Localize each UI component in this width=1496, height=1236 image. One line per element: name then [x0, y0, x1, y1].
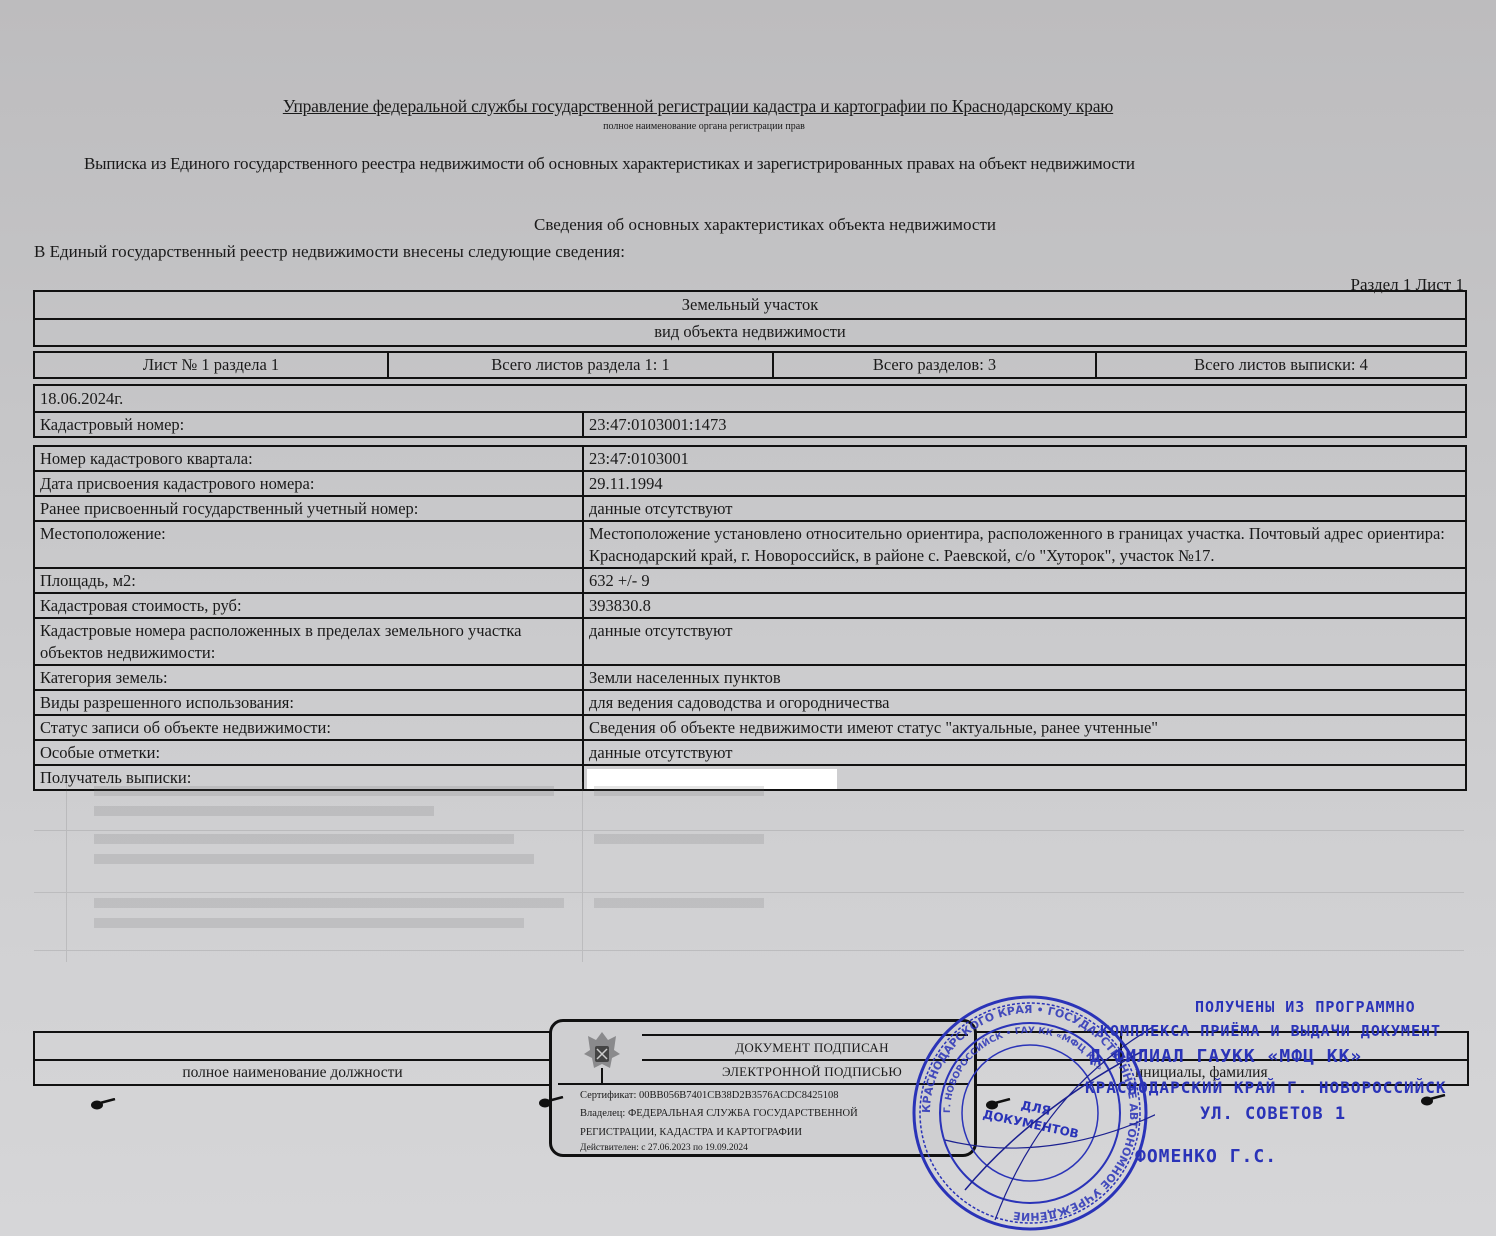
row-label: Виды разрешенного использования:	[35, 691, 584, 714]
section-title: Сведения об основных характеристиках объ…	[0, 215, 1496, 235]
row-label: Кадастровые номера расположенных в преде…	[35, 619, 584, 664]
row-value: данные отсутствуют	[584, 497, 1465, 520]
row-value: данные отсутствуют	[584, 741, 1465, 764]
sheet-counts-row: Лист № 1 раздела 1 Всего листов раздела …	[33, 351, 1467, 379]
table-row: Кадастровые номера расположенных в преде…	[35, 619, 1465, 666]
table-row: Категория земель: Земли населенных пункт…	[35, 666, 1465, 691]
table-row: Виды разрешенного использования: для вед…	[35, 691, 1465, 716]
table-row: Площадь, м2: 632 +/- 9	[35, 569, 1465, 594]
punch-mark-icon	[538, 1096, 564, 1108]
certificate-validity: Действителен: с 27.06.2023 по 19.09.2024	[580, 1143, 748, 1153]
table-row: Номер кадастрового квартала: 23:47:01030…	[35, 447, 1465, 472]
row-value: 29.11.1994	[584, 472, 1465, 495]
document-title: Выписка из Единого государственного реес…	[84, 154, 1135, 174]
row-label: Номер кадастрового квартала:	[35, 447, 584, 470]
cadastral-number-row: Кадастровый номер: 23:47:0103001:1473	[35, 413, 1465, 437]
row-label: Категория земель:	[35, 666, 584, 689]
row-value: Земли населенных пунктов	[584, 666, 1465, 689]
stamp-line-2: КОМПЛЕКСА ПРИЁМА И ВЫДАЧИ ДОКУМЕНТ	[1100, 1022, 1441, 1040]
intro-text: В Единый государственный реестр недвижим…	[34, 242, 625, 262]
table-row: Дата присвоения кадастрового номера: 29.…	[35, 472, 1465, 497]
position-caption: полное наименование должности	[35, 1061, 550, 1085]
row-value: 23:47:0103001	[584, 447, 1465, 470]
bleed-through-reverse-side	[34, 782, 1464, 962]
date-cadastral-box: 18.06.2024г. Кадастровый номер: 23:47:01…	[33, 384, 1467, 438]
stamp-line-3: Д ФИЛИАЛ ГАУКК «МФЦ КК»	[1090, 1046, 1362, 1067]
table-row: Статус записи об объекте недвижимости: С…	[35, 716, 1465, 741]
object-type-caption: вид объекта недвижимости	[35, 320, 1465, 344]
total-section-sheets: Всего листов раздела 1: 1	[389, 353, 774, 377]
extract-date: 18.06.2024г.	[35, 386, 1465, 413]
row-label: Местоположение:	[35, 522, 584, 567]
registration-authority-name: Управление федеральной службы государств…	[0, 96, 1396, 117]
punch-mark-icon	[90, 1098, 116, 1110]
total-extract-sheets: Всего листов выписки: 4	[1097, 353, 1465, 377]
object-type: Земельный участок	[35, 292, 1465, 320]
cadastral-number-label: Кадастровый номер:	[35, 413, 584, 437]
certificate-number: Сертификат: 00BB056B7401CB38D2B3576ACDC8…	[580, 1090, 839, 1101]
certificate-owner-line1: Владелец: ФЕДЕРАЛЬНАЯ СЛУЖБА ГОСУДАРСТВЕ…	[580, 1108, 858, 1119]
row-label: Статус записи об объекте недвижимости:	[35, 716, 584, 739]
cadastral-number-value: 23:47:0103001:1473	[584, 413, 1465, 437]
row-label: Площадь, м2:	[35, 569, 584, 592]
total-sections: Всего разделов: 3	[774, 353, 1097, 377]
registration-authority-caption: полное наименование органа регистрации п…	[0, 121, 1408, 132]
table-row: Кадастровая стоимость, руб: 393830.8	[35, 594, 1465, 619]
row-value: 393830.8	[584, 594, 1465, 617]
row-value: для ведения садоводства и огородничества	[584, 691, 1465, 714]
object-type-box: Земельный участок вид объекта недвижимос…	[33, 290, 1467, 347]
sheet-number: Лист № 1 раздела 1	[35, 353, 389, 377]
table-row: Ранее присвоенный государственный учетны…	[35, 497, 1465, 522]
stamp-line-1: ПОЛУЧЕНЫ ИЗ ПРОГРАММНО	[1195, 998, 1416, 1016]
row-label: Кадастровая стоимость, руб:	[35, 594, 584, 617]
table-row: Местоположение: Местоположение установле…	[35, 522, 1465, 569]
stamp-line-4: КРАСНОДАРСКИЙ КРАЙ Г. НОВОРОССИЙСК	[1085, 1078, 1447, 1097]
row-value: Сведения об объекте недвижимости имеют с…	[584, 716, 1465, 739]
row-value: 632 +/- 9	[584, 569, 1465, 592]
characteristics-table: Номер кадастрового квартала: 23:47:01030…	[33, 445, 1467, 791]
row-value: данные отсутствуют	[584, 619, 1465, 664]
coat-of-arms-icon	[580, 1028, 624, 1086]
row-label: Ранее присвоенный государственный учетны…	[35, 497, 584, 520]
table-row: Особые отметки: данные отсутствуют	[35, 741, 1465, 766]
row-label: Дата присвоения кадастрового номера:	[35, 472, 584, 495]
certificate-owner-line2: РЕГИСТРАЦИИ, КАДАСТРА И КАРТОГРАФИИ	[580, 1127, 802, 1138]
row-label: Особые отметки:	[35, 741, 584, 764]
stamp-line-5: УЛ. СОВЕТОВ 1	[1200, 1104, 1346, 1124]
stamp-line-6: ФОМЕНКО Г.С.	[1135, 1146, 1277, 1167]
row-value: Местоположение установлено относительно …	[584, 522, 1465, 567]
